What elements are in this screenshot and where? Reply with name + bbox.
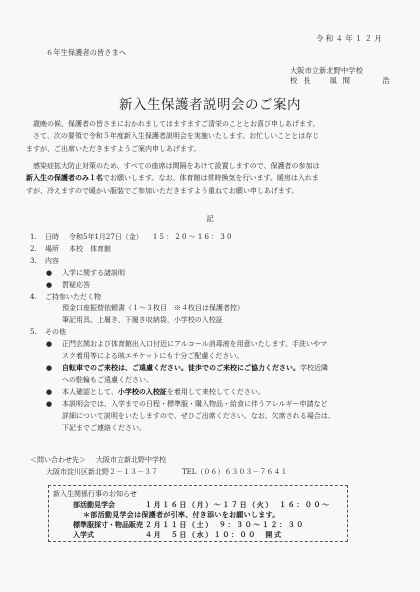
bring-line: 筆記用具、上履き、下履き収納袋、小学校の入校証: [30, 315, 335, 327]
item-number: 5.: [30, 327, 45, 339]
bullet-icon: ●: [46, 280, 62, 292]
item-number: 3.: [30, 256, 45, 268]
bullet-continuation: への駐輪もご遠慮ください。: [30, 375, 335, 387]
item-label: 日時: [45, 232, 59, 244]
item-label: ご持参いただく物: [45, 292, 101, 304]
document-title: 新入生保護者説明会のご案内: [0, 93, 420, 113]
event-name: 標準服採寸・物品販売: [73, 520, 145, 530]
bullet-text: 学校近隣: [300, 363, 328, 375]
event-uniform-sales: 標準服採寸・物品販売２月１１日（土） ９：３０～１２：３０: [73, 520, 305, 530]
intro-line-2: さて、次の要領で令和５年度新入生保護者説明会を実施いたします。お忙しいこととは存…: [26, 130, 386, 142]
contact-line-1: ＜問い合わせ先＞大阪市立新北野中学校: [30, 455, 287, 467]
notice-paragraph: 感染症拡大防止対策のため、すべての座席は間隔をあけて設置しますので、保護者の参加…: [26, 160, 386, 197]
bring-line: 預金口座振替依頼書（１～３枚目 ※４枚目は保護者控）: [30, 303, 335, 315]
item-place: 2. 場所 本校 体育館: [30, 244, 335, 256]
intro-paragraph: 歳晩の候、保護者の皆さまにおかれましてはますますご清栄のこととお喜び申しあげます…: [26, 118, 386, 155]
contact-school: 大阪市立新北野中学校: [96, 456, 166, 464]
event-club-visit: 部活動見学会１月１６日（月）～１７日（火） １６：００～: [73, 500, 331, 510]
principal-name: 校長 風間 浩: [290, 76, 396, 86]
item-number: 4.: [30, 292, 45, 304]
bullet-icon: ●: [46, 339, 62, 351]
notice-line-2-rest: でお願いします。なお、体育館は常時換気を行います。暖房は入れま: [103, 174, 319, 182]
event-note: ＊部活動見学会は保護者が引率、付き添いをお願いします。: [83, 510, 280, 520]
document-page: 令和４年１２月 ６年生保護者の皆さまへ 大阪市立新北野中学校 校長 風間 浩 新…: [0, 0, 420, 592]
notice-line-1: 感染症拡大防止対策のため、すべての座席は間隔をあけて設置しますので、保護者の参加…: [26, 160, 386, 172]
bullet-icon: ●: [46, 363, 62, 375]
addressee: ６年生保護者の皆さまへ: [46, 48, 126, 58]
bullet-continuation: スク着用等による咳エチケットにも十分ご配慮ください。: [30, 351, 335, 363]
other-bullet: ●正門玄関および体育館出入口付近にアルコール消毒液を用意いたします。手洗いやマ: [30, 339, 335, 351]
item-datetime: 1. 日時 令和5年1月27日（金） 15：20～16：30: [30, 232, 335, 244]
other-bullet: ●本人確認として、小学校の入校証を着用して来校してください。: [30, 387, 335, 399]
other-bullet: ●本説明会では、入学までの日程・標準服・購入物品・給食に伴うアレルギー申請など: [30, 399, 335, 411]
bullet-bold-text: 小学校の入校証: [118, 387, 167, 399]
event-when: ４月 ５日（水）１０：００ 開式: [145, 531, 283, 539]
bullet-continuation: 詳細について説明をいたしますので、ぜひご出席ください。なお、欠席される場合は、: [30, 411, 335, 423]
school-name: 大阪市立新北野中学校: [290, 66, 363, 76]
bullet-icon: ●: [46, 399, 62, 411]
item-number: 2.: [30, 244, 45, 256]
bullet-bold-text: 自転車でのご来校は、ご遠慮ください。徒歩でのご来校にご協力ください。: [62, 363, 300, 375]
bullet-icon: ●: [46, 387, 62, 399]
notice-line-2: 新入生の保護者のみ１名でお願いします。なお、体育館は常時換気を行います。暖房は入…: [26, 172, 386, 184]
notice-bold-one-guardian: 新入生の保護者のみ１名: [26, 174, 103, 182]
details-list: 1. 日時 令和5年1月27日（金） 15：20～16：30 2. 場所 本校 …: [30, 232, 335, 434]
item-value: 本校 体育館: [69, 244, 111, 256]
ki-heading: 記: [0, 213, 420, 224]
item-number: 1.: [30, 232, 45, 244]
event-when: ２月１１日（土） ９：３０～１２：３０: [145, 521, 305, 529]
notice-line-3: すが、冷えますので暖かい服装でご参加いただきますよう重ねてお願い申しあげます。: [26, 185, 386, 197]
event-name: 部活動見学会: [73, 500, 145, 510]
item-label: 場所: [45, 244, 59, 256]
item-value: 令和5年1月27日（金）: [69, 232, 143, 244]
event-entrance-ceremony: 入学式４月 ５日（水）１０：００ 開式: [73, 530, 283, 540]
bullet-text: 本説明会では、入学までの日程・標準服・購入物品・給食に伴うアレルギー申請など: [62, 399, 328, 411]
bullet-icon: ●: [46, 268, 62, 280]
contact-label: ＜問い合わせ先＞: [30, 456, 86, 464]
bullet-text: 正門玄関および体育館出入口付近にアルコール消毒液を用意いたします。手洗いやマ: [62, 339, 327, 351]
intro-line-3: ますが、ご出席いただきますようご案内申しあげます。: [26, 143, 386, 155]
intro-line-1: 歳晩の候、保護者の皆さまにおかれましてはますますご清栄のこととお喜び申しあげます…: [26, 118, 386, 130]
other-bullet: ●自転車でのご来校は、ご遠慮ください。徒歩でのご来校にご協力ください。学校近隣: [30, 363, 335, 375]
item-bring: 4. ご持参いただく物: [30, 292, 335, 304]
event-when: １月１６日（月）～１７日（火） １６：００～: [145, 501, 331, 509]
item-time: 15：20～16：30: [153, 232, 234, 244]
issue-date: 令和４年１２月: [316, 33, 384, 44]
item-label: 内容: [45, 256, 59, 268]
item-other: 5. その他: [30, 327, 335, 339]
contact-address: 大阪市淀川区新北野２－１３－３７: [46, 468, 158, 476]
events-notice-box: 新入生関係行事のお知らせ 部活動見学会１月１６日（月）～１７日（火） １６：００…: [48, 485, 348, 542]
bullet-text: 入学に関する諸説明: [62, 268, 125, 280]
contact-phone: TEL（０６）６３０３－７６４１: [182, 468, 287, 476]
events-heading: 新入生関係行事のお知らせ: [53, 489, 137, 499]
contact-line-2: 大阪市淀川区新北野２－１３－３７TEL（０６）６３０３－７６４１: [30, 467, 287, 479]
content-bullet: ●入学に関する諸説明: [30, 268, 335, 280]
content-bullet: ●質疑応答: [30, 280, 335, 292]
item-label: その他: [45, 327, 66, 339]
bullet-text: を着用して来校してください。: [167, 387, 265, 399]
event-name: 入学式: [73, 530, 145, 540]
bullet-continuation: 下記までご連絡ください。: [30, 423, 335, 435]
bullet-text: 本人確認として、: [62, 387, 118, 399]
bullet-text: 質疑応答: [62, 280, 90, 292]
item-content: 3. 内容: [30, 256, 335, 268]
contact-info: ＜問い合わせ先＞大阪市立新北野中学校 大阪市淀川区新北野２－１３－３７TEL（０…: [30, 455, 287, 478]
